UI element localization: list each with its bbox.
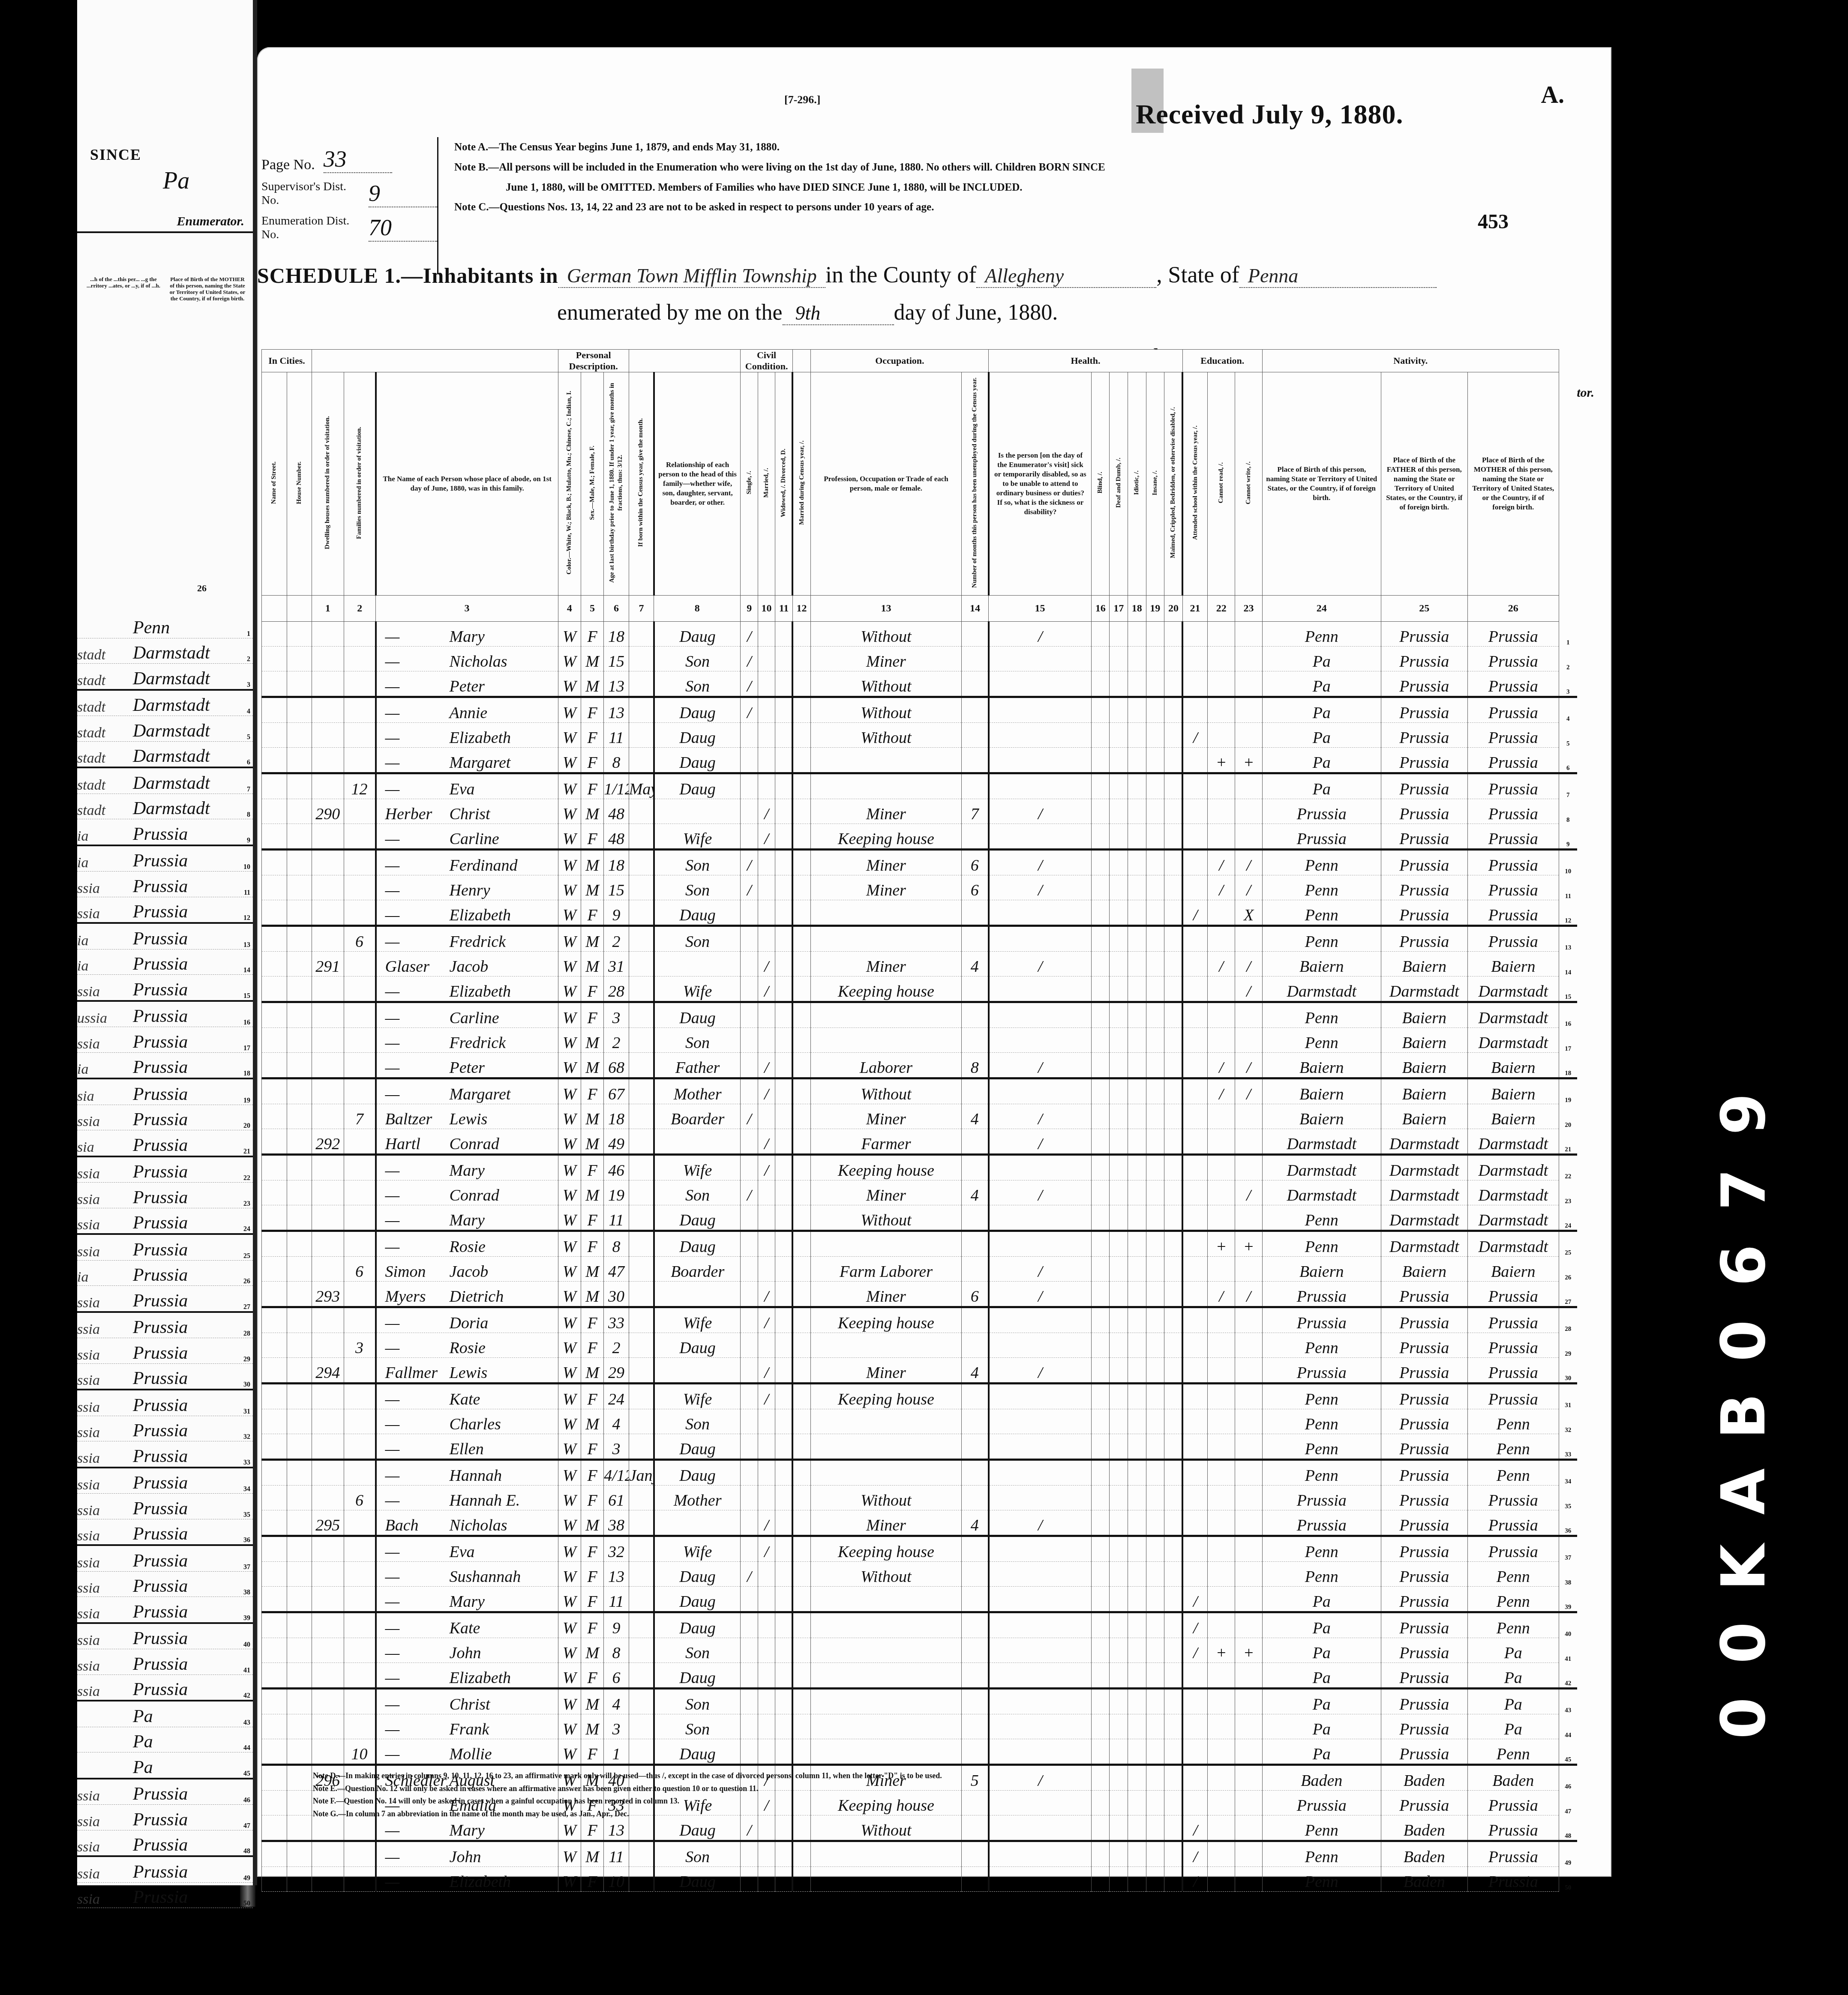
cannot-read-cell	[1208, 697, 1235, 723]
empty-cell	[792, 1841, 811, 1867]
married-cell	[758, 1409, 775, 1434]
dwelling-number	[312, 1002, 344, 1028]
surname: —	[385, 1339, 450, 1357]
empty-cell	[287, 1765, 312, 1791]
birthplace-cell: Prussia	[1262, 799, 1381, 824]
sex-cell: F	[581, 824, 603, 850]
left-row-mother: Prussia	[124, 1187, 229, 1208]
note-c: Note C.—Questions Nos. 13, 14, 22 and 23…	[454, 199, 1105, 216]
empty-cell	[1146, 773, 1164, 799]
page-no-value: 33	[324, 146, 392, 173]
birthplace-cell: Darmstadt	[1262, 977, 1381, 1002]
dwelling-number	[312, 1104, 344, 1129]
married-cell	[758, 748, 775, 773]
page-no-label: Page No.	[261, 157, 315, 173]
birthplace-cell: Baiern	[1262, 1104, 1381, 1129]
empty-cell	[1164, 952, 1183, 977]
empty-cell	[1110, 952, 1128, 977]
family-number	[344, 1460, 375, 1486]
empty-cell	[1146, 952, 1164, 977]
cannot-read-cell	[1208, 1587, 1235, 1612]
single-cell	[741, 1612, 758, 1638]
table-row: —SushannahWF13Daug/WithoutPennPrussiaPen…	[262, 1562, 1578, 1587]
birth-month-cell	[629, 1257, 654, 1282]
birth-month-cell: May	[629, 773, 654, 799]
column-header-text: Name of Street.	[270, 461, 278, 504]
age-cell: 48	[604, 799, 629, 824]
left-row-father: ssia	[77, 1295, 124, 1311]
census-sheet: [7-296.] Received July 9, 1880. A. 453 P…	[257, 47, 1611, 1877]
color-cell: W	[558, 799, 581, 824]
empty-cell	[287, 622, 312, 647]
empty-cell	[287, 1689, 312, 1714]
table-row: —AnnieWF13Daug/WithoutPaPrussiaPrussia4	[262, 697, 1578, 723]
empty-cell	[775, 1104, 792, 1129]
surname: —	[385, 856, 450, 875]
empty-cell	[775, 1180, 792, 1205]
father-birthplace-cell: Darmstadt	[1381, 1129, 1467, 1155]
surname: —	[385, 1186, 450, 1205]
left-row-number: 28	[229, 1330, 253, 1338]
mother-birthplace-cell: Prussia	[1467, 1384, 1559, 1409]
cannot-read-cell	[1208, 647, 1235, 671]
dwelling-number	[312, 1486, 344, 1510]
cannot-read-cell	[1208, 1409, 1235, 1434]
empty-cell	[1146, 1231, 1164, 1257]
cannot-read-cell	[1208, 1510, 1235, 1536]
sheet-letter: A.	[1541, 81, 1564, 109]
birth-month-cell	[629, 1663, 654, 1689]
cannot-write-cell: +	[1235, 1231, 1263, 1257]
occupation-cell: Keeping house	[811, 1307, 961, 1333]
person-name: —Rosie	[376, 1333, 558, 1358]
age-cell: 19	[604, 1180, 629, 1205]
line-number: 47	[1559, 1791, 1577, 1815]
single-cell	[741, 1028, 758, 1053]
empty-cell	[1091, 1028, 1110, 1053]
color-cell: W	[558, 1180, 581, 1205]
sickness-cell	[989, 697, 1091, 723]
left-row: stadt Darmstadt 5	[77, 716, 253, 742]
left-row: ssia Prussia 22	[77, 1157, 253, 1183]
empty-cell	[1110, 1587, 1128, 1612]
color-cell: W	[558, 748, 581, 773]
age-cell: 1/12	[604, 773, 629, 799]
empty-cell	[1110, 622, 1128, 647]
married-cell: /	[758, 1129, 775, 1155]
family-number	[344, 799, 375, 824]
person-name: —Sushannah	[376, 1562, 558, 1587]
attended-school-cell	[1182, 647, 1208, 671]
unemployed-months-cell: 7	[961, 799, 989, 824]
single-cell	[741, 1739, 758, 1765]
line-number: 18	[1559, 1053, 1577, 1078]
table-row: —JohnWM11Son/PennBadenPrussia49	[262, 1841, 1578, 1867]
left-row-father: ssia	[77, 1658, 124, 1674]
birthplace-cell: Pa	[1262, 1739, 1381, 1765]
person-name: —Frank	[376, 1714, 558, 1739]
empty-cell	[1164, 697, 1183, 723]
column-header-text: Cannot write, /.	[1245, 461, 1253, 504]
birthplace-cell: Penn	[1262, 926, 1381, 952]
cannot-write-cell	[1235, 1765, 1263, 1791]
table-row: 294FallmerLewisWM29/Miner4/PrussiaPrussi…	[262, 1358, 1578, 1384]
empty-cell	[792, 1486, 811, 1510]
family-number	[344, 850, 375, 875]
empty-cell	[1146, 1257, 1164, 1282]
single-cell	[741, 952, 758, 977]
left-row-mother: Pa	[124, 1706, 229, 1727]
empty-cell	[262, 1409, 287, 1434]
empty-cell	[1091, 1765, 1110, 1791]
empty-cell	[1110, 1638, 1128, 1663]
color-cell: W	[558, 671, 581, 697]
table-row: —KateWF9Daug/PaPrussiaPenn40	[262, 1612, 1578, 1638]
given-name: Conrad	[450, 1135, 499, 1153]
father-birthplace-cell: Baiern	[1381, 1053, 1467, 1078]
birth-month-cell	[629, 1002, 654, 1028]
empty-cell	[1110, 1815, 1128, 1841]
family-number	[344, 1129, 375, 1155]
empty-cell	[1128, 1841, 1146, 1867]
column-header-text: Widowed, /. Divorced, D.	[780, 449, 788, 517]
empty-cell	[1110, 1180, 1128, 1205]
married-cell	[758, 1714, 775, 1739]
cannot-read-cell: /	[1208, 850, 1235, 875]
left-row: ssia Prussia 24	[77, 1208, 253, 1235]
attended-school-cell	[1182, 850, 1208, 875]
left-col-mother-header: Place of Birth of the MOTHER of this per…	[165, 276, 249, 302]
census-body: —MaryWF18Daug/Without/PennPrussiaPrussia…	[262, 622, 1578, 1892]
mother-birthplace-cell: Prussia	[1467, 799, 1559, 824]
relationship-cell	[654, 1129, 741, 1155]
empty-cell	[262, 824, 287, 850]
mother-birthplace-cell: Penn	[1467, 1587, 1559, 1612]
line-number: 43	[1559, 1689, 1577, 1714]
surname: —	[385, 1720, 450, 1739]
empty-cell	[1128, 1257, 1146, 1282]
unemployed-months-cell	[961, 1434, 989, 1460]
empty-cell	[262, 1791, 287, 1815]
empty-cell	[1164, 773, 1183, 799]
father-birthplace-cell: Prussia	[1381, 671, 1467, 697]
empty-cell	[1146, 723, 1164, 748]
left-row: ssia Prussia 47	[77, 1805, 253, 1830]
empty-cell	[792, 1180, 811, 1205]
empty-cell	[1091, 1689, 1110, 1714]
empty-cell	[1146, 1689, 1164, 1714]
note-d: Note D.—In making entries in columns 9, …	[313, 1770, 942, 1782]
married-cell	[758, 1739, 775, 1765]
sickness-cell	[989, 647, 1091, 671]
relationship-cell: Daug	[654, 1205, 741, 1231]
single-cell	[741, 1587, 758, 1612]
empty-cell	[792, 875, 811, 900]
table-row: —RosieWF8Daug++PennDarmstadtDarmstadt25	[262, 1231, 1578, 1257]
empty-cell	[1164, 1333, 1183, 1358]
group-education: Education.	[1182, 350, 1262, 372]
mother-birthplace-cell: Prussia	[1467, 622, 1559, 647]
occupation-cell	[811, 1612, 961, 1638]
supervisor-line: Supervisor's Dist. No. 9	[261, 180, 437, 207]
single-cell: /	[741, 875, 758, 900]
empty-cell	[1164, 1205, 1183, 1231]
empty-cell	[775, 1028, 792, 1053]
left-row: ssia Prussia 46	[77, 1779, 253, 1805]
empty-cell	[287, 900, 312, 926]
empty-cell	[262, 1205, 287, 1231]
empty-cell	[1128, 1307, 1146, 1333]
cannot-read-cell	[1208, 900, 1235, 926]
left-row-mother: Prussia	[124, 954, 229, 974]
mother-birthplace-cell: Baden	[1467, 1765, 1559, 1791]
empty-cell	[1164, 1867, 1183, 1892]
dwelling-number: 293	[312, 1282, 344, 1307]
unemployed-months-cell: 6	[961, 850, 989, 875]
empty-cell	[1128, 1028, 1146, 1053]
mother-birthplace-cell: Prussia	[1467, 748, 1559, 773]
empty-cell	[775, 697, 792, 723]
cannot-read-cell	[1208, 1307, 1235, 1333]
age-cell: 68	[604, 1053, 629, 1078]
single-cell	[741, 1460, 758, 1486]
father-birthplace-cell: Prussia	[1381, 1307, 1467, 1333]
surname: —	[385, 1390, 450, 1409]
birth-month-cell	[629, 1689, 654, 1714]
person-name: HerberChrist	[376, 799, 558, 824]
color-cell: W	[558, 926, 581, 952]
birth-month-cell	[629, 622, 654, 647]
single-cell	[741, 773, 758, 799]
empty-cell	[1128, 977, 1146, 1002]
column-header-2: Families numbered in order of visitation…	[344, 372, 375, 596]
left-row-mother: Prussia	[124, 1395, 229, 1416]
birth-month-cell	[629, 1536, 654, 1562]
sex-cell: F	[581, 1587, 603, 1612]
empty-cell	[1146, 748, 1164, 773]
left-enumerator-label: Enumerator.	[177, 214, 244, 229]
father-birthplace-cell: Prussia	[1381, 900, 1467, 926]
given-name: Elizabeth	[450, 1873, 511, 1891]
married-cell: /	[758, 799, 775, 824]
table-row: —FrankWM3SonPaPrussiaPa44	[262, 1714, 1578, 1739]
column-number: 21	[1182, 596, 1208, 622]
empty-cell	[287, 1638, 312, 1663]
group-header-row: In Cities. Personal Description. Civil C…	[262, 350, 1578, 372]
empty-cell	[287, 1460, 312, 1486]
birth-month-cell	[629, 1333, 654, 1358]
unemployed-months-cell	[961, 1714, 989, 1739]
attended-school-cell	[1182, 671, 1208, 697]
empty-cell	[1110, 1053, 1128, 1078]
relationship-cell: Daug	[654, 1739, 741, 1765]
empty-cell	[792, 1002, 811, 1028]
empty-cell	[1128, 1358, 1146, 1384]
left-row-father: ssia	[77, 984, 124, 1000]
age-cell: 13	[604, 671, 629, 697]
occupation-cell: Miner	[811, 1180, 961, 1205]
left-row-mother: Prussia	[124, 1240, 229, 1260]
color-cell: W	[558, 1714, 581, 1739]
left-row: ssia Prussia 20	[77, 1105, 253, 1131]
left-row-mother: Prussia	[124, 1162, 229, 1182]
family-number	[344, 622, 375, 647]
empty-cell	[1128, 1053, 1146, 1078]
relationship-cell	[654, 952, 741, 977]
unemployed-months-cell	[961, 1129, 989, 1155]
left-state-handwriting: Pa	[163, 167, 189, 195]
age-cell: 24	[604, 1384, 629, 1409]
empty-cell	[1128, 1689, 1146, 1714]
empty-cell	[1164, 1384, 1183, 1409]
left-row: stadt Darmstadt 7	[77, 768, 253, 794]
married-cell	[758, 671, 775, 697]
relationship-cell	[654, 1358, 741, 1384]
page-stamp-number: 453	[1478, 210, 1509, 234]
birth-month-cell	[629, 1307, 654, 1333]
birth-month-cell	[629, 1384, 654, 1409]
father-birthplace-cell: Prussia	[1381, 1333, 1467, 1358]
left-row-number: 21	[229, 1148, 253, 1156]
surname: —	[385, 830, 450, 848]
left-row-mother: Prussia	[124, 1887, 229, 1908]
left-row-father: ia	[77, 1269, 124, 1285]
cannot-write-cell	[1235, 671, 1263, 697]
sex-cell: M	[581, 1028, 603, 1053]
unemployed-months-cell	[961, 773, 989, 799]
left-row-number: 47	[229, 1822, 253, 1830]
surname: —	[385, 1237, 450, 1256]
left-row-number: 33	[229, 1459, 253, 1467]
empty-cell	[792, 1231, 811, 1257]
sickness-cell	[989, 1791, 1091, 1815]
married-cell	[758, 723, 775, 748]
left-row-number: 37	[229, 1564, 253, 1571]
empty-cell	[1110, 977, 1128, 1002]
column-header-text: Age at last birthday prior to June 1, 18…	[608, 376, 624, 590]
empty-cell	[262, 1384, 287, 1409]
empty-cell	[1146, 1841, 1164, 1867]
empty-cell	[775, 1282, 792, 1307]
empty-cell	[287, 1384, 312, 1409]
father-birthplace-cell: Prussia	[1381, 926, 1467, 952]
given-name: Margaret	[450, 1085, 511, 1103]
empty-cell	[262, 1460, 287, 1486]
empty-cell	[1128, 1867, 1146, 1892]
left-row-father: ssia	[77, 1425, 124, 1441]
empty-cell	[1146, 1587, 1164, 1612]
left-row: ssia Prussia 49	[77, 1857, 253, 1883]
left-row-father: ssia	[77, 1244, 124, 1260]
empty-cell	[1091, 1282, 1110, 1307]
dwelling-number	[312, 1333, 344, 1358]
left-row-father: sia	[77, 1088, 124, 1105]
single-cell	[741, 1434, 758, 1460]
birthplace-cell: Prussia	[1262, 824, 1381, 850]
married-cell	[758, 1257, 775, 1282]
attended-school-cell	[1182, 1460, 1208, 1486]
empty-cell	[1128, 1486, 1146, 1510]
empty-cell	[775, 1486, 792, 1510]
father-birthplace-cell: Baden	[1381, 1815, 1467, 1841]
sex-cell: M	[581, 1129, 603, 1155]
relationship-cell: Wife	[654, 1536, 741, 1562]
empty-cell	[1091, 1739, 1110, 1765]
sickness-cell: /	[989, 799, 1091, 824]
schedule-line: SCHEDULE 1.—Inhabitants in German Town M…	[257, 261, 1569, 288]
left-row-mother: Prussia	[124, 1809, 229, 1830]
family-number: 6	[344, 1486, 375, 1510]
empty-cell	[287, 1155, 312, 1180]
empty-cell	[1110, 647, 1128, 671]
cannot-read-cell	[1208, 1155, 1235, 1180]
father-birthplace-cell: Prussia	[1381, 1409, 1467, 1434]
color-cell: W	[558, 723, 581, 748]
birthplace-cell: Pa	[1262, 748, 1381, 773]
left-row-mother: Prussia	[124, 1291, 229, 1311]
column-header-15: Is the person [on the day of the Enumera…	[989, 372, 1091, 596]
given-name: Elizabeth	[450, 983, 511, 1000]
relationship-cell: Daug	[654, 1231, 741, 1257]
left-row: ia Prussia 9	[77, 819, 253, 846]
dwelling-number: 295	[312, 1510, 344, 1536]
table-row: 295BachNicholasWM38/Miner4/PrussiaPrussi…	[262, 1510, 1578, 1536]
empty-cell	[262, 1434, 287, 1460]
empty-cell	[262, 1815, 287, 1841]
mother-birthplace-cell: Baiern	[1467, 1078, 1559, 1104]
surname: —	[385, 677, 450, 696]
father-birthplace-cell: Prussia	[1381, 1434, 1467, 1460]
column-header-text: Place of Birth of the MOTHER of this per…	[1468, 455, 1559, 512]
left-row-mother: Prussia	[124, 1784, 229, 1804]
attended-school-cell	[1182, 1333, 1208, 1358]
color-cell: W	[558, 1612, 581, 1638]
dwelling-number	[312, 875, 344, 900]
table-row: —NicholasWM15Son/MinerPaPrussiaPrussia2	[262, 647, 1578, 671]
note-f: Note F.—Question No. 14 will only be ask…	[313, 1795, 942, 1808]
family-number: 7	[344, 1104, 375, 1129]
attended-school-cell: /	[1182, 1841, 1208, 1867]
film-label-char: 7	[1714, 1169, 1774, 1210]
surname: —	[385, 728, 450, 747]
left-row-mother: Pa	[124, 1731, 229, 1752]
empty-cell	[287, 1002, 312, 1028]
sex-cell: F	[581, 1307, 603, 1333]
empty-cell	[792, 1129, 811, 1155]
color-cell: W	[558, 1536, 581, 1562]
empty-cell	[1164, 1078, 1183, 1104]
color-cell: W	[558, 1333, 581, 1358]
surname: —	[385, 1161, 450, 1180]
mother-birthplace-cell: Prussia	[1467, 1510, 1559, 1536]
empty-cell	[775, 1739, 792, 1765]
person-name: —Henry	[376, 875, 558, 900]
person-name: —Fredrick	[376, 926, 558, 952]
left-row: ussia Prussia 16	[77, 1002, 253, 1027]
dwelling-number	[312, 926, 344, 952]
single-cell: /	[741, 1104, 758, 1129]
birthplace-cell: Baiern	[1262, 1078, 1381, 1104]
empty-cell	[287, 850, 312, 875]
single-cell	[741, 748, 758, 773]
empty-cell	[775, 1689, 792, 1714]
sickness-cell	[989, 1841, 1091, 1867]
mother-birthplace-cell: Pa	[1467, 1663, 1559, 1689]
occupation-cell: Keeping house	[811, 977, 961, 1002]
cannot-read-cell	[1208, 1358, 1235, 1384]
column-header-23: Cannot write, /.	[1235, 372, 1263, 596]
age-cell: 2	[604, 1333, 629, 1358]
